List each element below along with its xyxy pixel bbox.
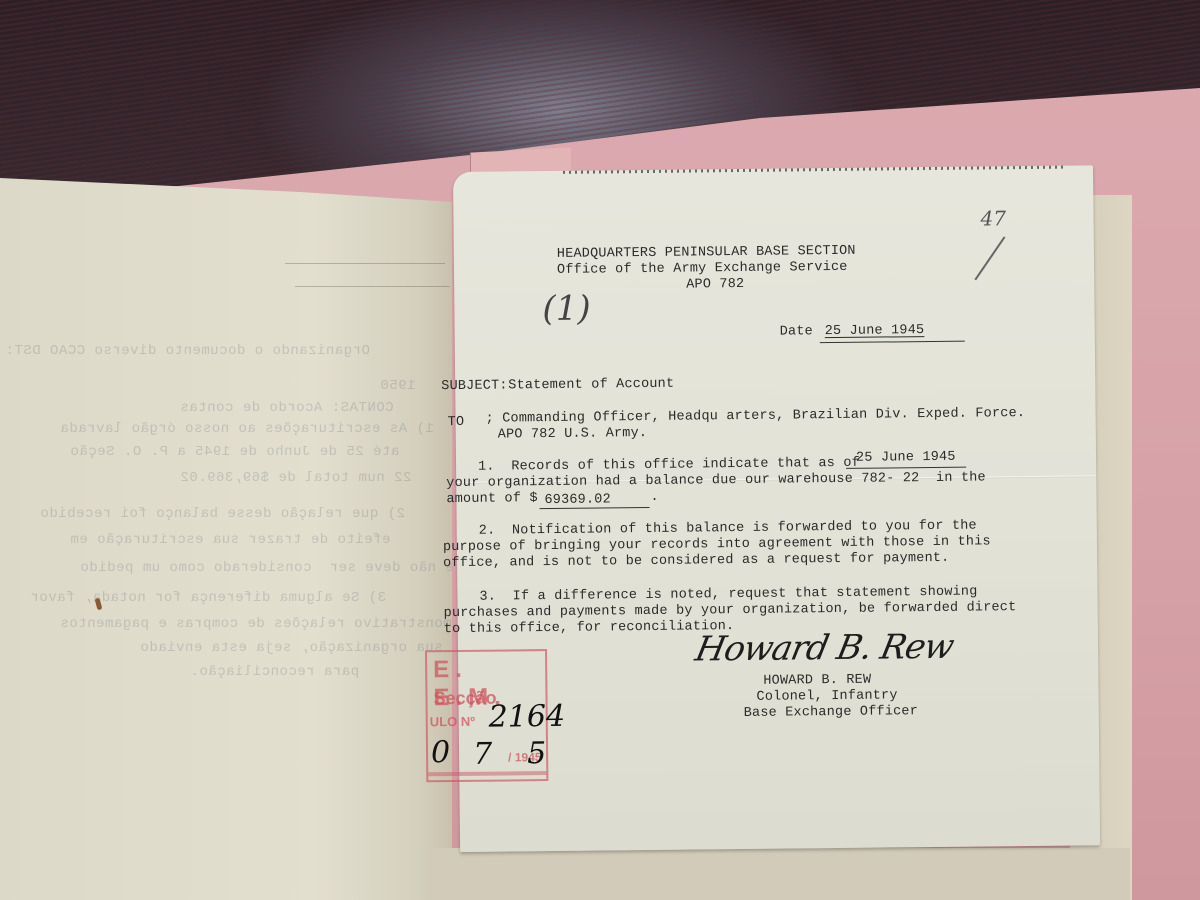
header-line-2: Office of the Army Exchange Service bbox=[557, 260, 848, 278]
to-label: TO bbox=[448, 415, 465, 430]
signatory-rank: Colonel, Infantry bbox=[756, 688, 897, 704]
folio-slash bbox=[974, 236, 1005, 280]
ghost-line: 2) que relação desse balanço foi recebid… bbox=[40, 506, 405, 522]
handwritten-signature: Howard B. Rew bbox=[692, 627, 957, 670]
date-value: 25 June 1945 bbox=[825, 323, 925, 339]
subject-value: Statement of Account bbox=[508, 377, 674, 394]
stamp-handwritten-month: 7 bbox=[473, 737, 492, 772]
stamp-line-3: ULO Nº bbox=[430, 714, 475, 729]
signatory-name: HOWARD B. REW bbox=[763, 673, 871, 689]
para1-line-3-prefix: amount of $ bbox=[446, 491, 537, 507]
signatory-title: Base Exchange Officer bbox=[744, 704, 918, 721]
ghost-line: sua organização, seja esta enviado bbox=[140, 640, 443, 656]
ghost-line: para reconciliação. bbox=[190, 664, 359, 680]
stamp-line-2: Secção bbox=[433, 688, 496, 710]
balance-amount: 69369.02 bbox=[544, 492, 611, 508]
stamp-bar bbox=[428, 771, 546, 776]
subject-label: SUBJECT: bbox=[441, 378, 508, 394]
to-line-1: ; Commanding Officer, Headqu arters, Bra… bbox=[486, 406, 1026, 427]
ghost-line: 1950 bbox=[380, 378, 416, 394]
stamp-handwritten-year: 5 bbox=[527, 736, 546, 771]
ghost-line: Organizando o documento diverso CCAO DST… bbox=[5, 343, 370, 359]
to-line-2: APO 782 U.S. Army. bbox=[498, 426, 648, 443]
para1-date-underline bbox=[846, 467, 966, 469]
date-underline bbox=[820, 341, 965, 344]
para3-line-3: to this office, for reconciliation. bbox=[444, 619, 735, 637]
ghost-line: e não deve ser considerado como um pedid… bbox=[80, 560, 454, 576]
header-line-3: APO 782 bbox=[686, 277, 744, 293]
ghost-line: CONTAS: Acordo de contas bbox=[180, 400, 394, 416]
under-page-bottom bbox=[430, 848, 1130, 900]
left-book-page: Organizando o documento diverso CCAO DST… bbox=[0, 178, 452, 900]
para1-line-3-suffix: . bbox=[650, 490, 658, 505]
ghost-line: 22 num total de $69,369.02 bbox=[180, 470, 411, 486]
ghost-line: efeito de trazer sua escrituração em bbox=[70, 532, 390, 548]
stamp-handwritten-number: 2164 bbox=[489, 699, 566, 735]
header-line-1: HEADQUARTERS PENINSULAR BASE SECTION bbox=[557, 244, 856, 262]
item-number-mark: (1) bbox=[542, 289, 591, 330]
ghost-line: 1) As escriturações ao nosso órgão lavra… bbox=[60, 421, 434, 437]
ghost-line: 3) Se alguma diferença for notada, favor bbox=[30, 590, 386, 606]
para1-date: 25 June 1945 bbox=[856, 450, 956, 466]
amount-underline bbox=[540, 507, 650, 509]
ghost-underline bbox=[285, 263, 445, 264]
memorandum-sheet: HEADQUARTERS PENINSULAR BASE SECTION Off… bbox=[453, 165, 1100, 852]
ghost-line: demonstrativo relações de compras e paga… bbox=[60, 616, 469, 632]
stamp-handwritten-day: 0 bbox=[431, 735, 450, 770]
ghost-line: até 25 de Junho de 1945 a P. O. Seção bbox=[70, 444, 399, 460]
date-label: Date bbox=[780, 324, 813, 339]
ghost-underline bbox=[295, 286, 450, 287]
folio-number: 47 bbox=[980, 206, 1006, 230]
